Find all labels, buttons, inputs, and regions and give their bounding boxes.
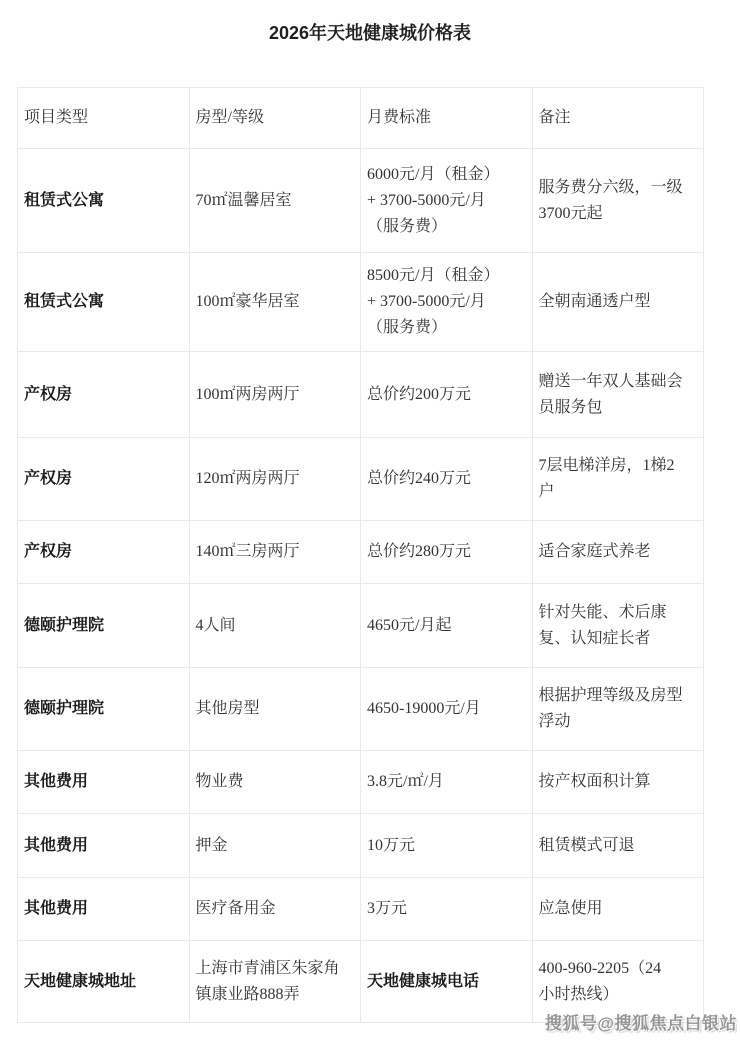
table-cell: 3万元 (361, 878, 533, 941)
table-cell: 8500元/月（租金） + 3700-5000元/月 （服务费） (361, 253, 533, 352)
table-cell: 租赁式公寓 (18, 149, 190, 253)
table-cell: 应急使用 (532, 878, 704, 941)
table-row: 德颐护理院4人间4650元/月起针对失能、术后康 复、认知症长者 (18, 584, 704, 668)
table-row: 其他费用物业费3.8元/㎡/月按产权面积计算 (18, 751, 704, 814)
price-table: 项目类型 房型/等级 月费标准 备注 租赁式公寓70㎡温馨居室6000元/月（租… (17, 87, 704, 1023)
table-cell: 按产权面积计算 (532, 751, 704, 814)
table-cell: 押金 (189, 814, 361, 878)
table-cell: 赠送一年双人基础会 员服务包 (532, 352, 704, 438)
article-page: 2026年天地健康城价格表 项目类型 房型/等级 月费标准 备注 租赁式公寓70… (0, 0, 740, 1040)
table-cell: 120㎡两房两厅 (189, 438, 361, 521)
table-cell: 其他费用 (18, 751, 190, 814)
table-row: 其他费用押金10万元租赁模式可退 (18, 814, 704, 878)
column-header-project-type: 项目类型 (18, 88, 190, 149)
table-cell: 10万元 (361, 814, 533, 878)
table-cell: 德颐护理院 (18, 584, 190, 668)
table-cell: 产权房 (18, 521, 190, 584)
table-cell: 服务费分六级，一级 3700元起 (532, 149, 704, 253)
table-row: 租赁式公寓70㎡温馨居室6000元/月（租金） + 3700-5000元/月 （… (18, 149, 704, 253)
column-header-room-type: 房型/等级 (189, 88, 361, 149)
table-cell: 3.8元/㎡/月 (361, 751, 533, 814)
table-cell: 其他费用 (18, 878, 190, 941)
table-cell: 租赁式公寓 (18, 253, 190, 352)
table-cell: 天地健康城电话 (361, 941, 533, 1023)
table-cell: 总价约200万元 (361, 352, 533, 438)
table-cell: 物业费 (189, 751, 361, 814)
table-cell: 租赁模式可退 (532, 814, 704, 878)
table-cell: 100㎡两房两厅 (189, 352, 361, 438)
table-cell: 上海市青浦区朱家角 镇康业路888弄 (189, 941, 361, 1023)
table-cell: 100㎡豪华居室 (189, 253, 361, 352)
header-row: 项目类型 房型/等级 月费标准 备注 (18, 88, 704, 149)
table-row: 产权房120㎡两房两厅总价约240万元7层电梯洋房，1梯2 户 (18, 438, 704, 521)
table-row: 租赁式公寓100㎡豪华居室8500元/月（租金） + 3700-5000元/月 … (18, 253, 704, 352)
table-cell: 140㎡三房两厅 (189, 521, 361, 584)
table-cell: 4650元/月起 (361, 584, 533, 668)
table-cell: 总价约240万元 (361, 438, 533, 521)
table-row: 德颐护理院其他房型4650-19000元/月根据护理等级及房型 浮动 (18, 668, 704, 751)
table-cell: 6000元/月（租金） + 3700-5000元/月 （服务费） (361, 149, 533, 253)
price-table-body: 租赁式公寓70㎡温馨居室6000元/月（租金） + 3700-5000元/月 （… (18, 149, 704, 1023)
price-table-header: 项目类型 房型/等级 月费标准 备注 (18, 88, 704, 149)
table-cell: 针对失能、术后康 复、认知症长者 (532, 584, 704, 668)
table-cell: 4650-19000元/月 (361, 668, 533, 751)
table-cell: 全朝南通透户型 (532, 253, 704, 352)
table-row: 产权房100㎡两房两厅总价约200万元赠送一年双人基础会 员服务包 (18, 352, 704, 438)
table-cell: 70㎡温馨居室 (189, 149, 361, 253)
table-cell: 7层电梯洋房，1梯2 户 (532, 438, 704, 521)
table-cell: 德颐护理院 (18, 668, 190, 751)
column-header-monthly-fee: 月费标准 (361, 88, 533, 149)
table-cell: 根据护理等级及房型 浮动 (532, 668, 704, 751)
table-cell: 4人间 (189, 584, 361, 668)
table-cell: 天地健康城地址 (18, 941, 190, 1023)
table-cell: 产权房 (18, 352, 190, 438)
table-cell: 其他费用 (18, 814, 190, 878)
page-title: 2026年天地健康城价格表 (0, 0, 740, 46)
table-cell: 总价约280万元 (361, 521, 533, 584)
table-cell: 其他房型 (189, 668, 361, 751)
table-cell: 产权房 (18, 438, 190, 521)
table-cell: 医疗备用金 (189, 878, 361, 941)
column-header-remarks: 备注 (532, 88, 704, 149)
watermark: 搜狐号@搜狐焦点白银站 (545, 1009, 737, 1034)
table-cell: 适合家庭式养老 (532, 521, 704, 584)
table-row: 产权房140㎡三房两厅总价约280万元适合家庭式养老 (18, 521, 704, 584)
table-row: 其他费用医疗备用金3万元应急使用 (18, 878, 704, 941)
